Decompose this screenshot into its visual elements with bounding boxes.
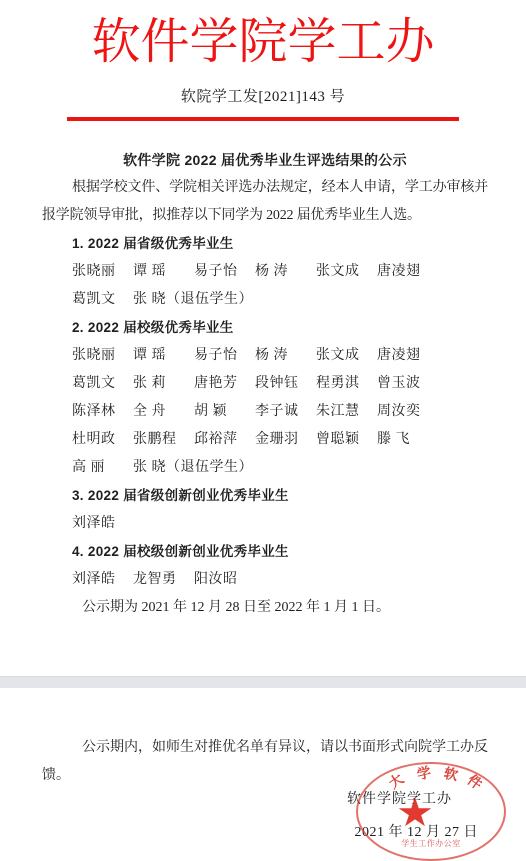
student-name: 段钟钰 <box>255 370 316 398</box>
publicity-period: 公示期为 2021 年 12 月 28 日至 2022 年 1 月 1 日。 <box>42 594 488 622</box>
student-name: 杨 涛 <box>255 342 316 370</box>
student-name: 高 丽 <box>72 454 133 482</box>
student-name: 滕 飞 <box>377 426 438 454</box>
student-name: 曾聪颖 <box>316 426 377 454</box>
notice-title: 软件学院 2022 届优秀毕业生评选结果的公示 <box>42 146 488 174</box>
student-name: 易子怡 <box>194 258 255 286</box>
name-row: 刘泽皓龙智勇阳汝昭 <box>42 566 488 594</box>
student-name: 唐艳芳 <box>194 370 255 398</box>
document-viewer: 软件学院学工办 软院学工发[2021]143 号 软件学院 2022 届优秀毕业… <box>0 0 526 861</box>
name-row: 葛凯文张 晓（退伍学生） <box>42 286 488 314</box>
student-name: 胡 颖 <box>194 398 255 426</box>
student-name: 全 舟 <box>133 398 194 426</box>
red-divider-rule <box>67 117 459 121</box>
student-name: 张文成 <box>316 342 377 370</box>
page-break-separator <box>0 676 526 688</box>
name-row: 杜明政张鹏程邱裕萍金珊羽曾聪颖滕 飞 <box>42 426 488 454</box>
student-name: 周汝奕 <box>377 398 438 426</box>
student-name: 曾玉波 <box>377 370 438 398</box>
student-name: 葛凯文 <box>72 370 133 398</box>
student-name: 谭 瑶 <box>133 258 194 286</box>
student-name: 程勇淇 <box>316 370 377 398</box>
student-name: 李子诚 <box>255 398 316 426</box>
student-name: 谭 瑶 <box>133 342 194 370</box>
student-name: 葛凯文 <box>72 286 133 314</box>
star-icon <box>398 797 432 829</box>
student-name: 张文成 <box>316 258 377 286</box>
student-name: 张晓丽 <box>72 258 133 286</box>
student-name: 张晓丽 <box>72 342 133 370</box>
name-row: 张晓丽谭 瑶易子怡杨 涛张文成唐凌翅 <box>42 258 488 286</box>
student-name: 刘泽皓 <box>72 566 133 594</box>
section-heading: 3. 2022 届省级创新创业优秀毕业生 <box>42 482 488 510</box>
name-row: 陈泽林全 舟胡 颖李子诚朱江慧周汝奕 <box>42 398 488 426</box>
official-seal: 大学软件 学生工作办公室 <box>356 762 506 861</box>
student-name: 唐凌翅 <box>377 258 438 286</box>
sections-container: 1. 2022 届省级优秀毕业生张晓丽谭 瑶易子怡杨 涛张文成唐凌翅葛凯文张 晓… <box>42 230 488 594</box>
student-name: 邱裕萍 <box>194 426 255 454</box>
section-heading: 4. 2022 届校级创新创业优秀毕业生 <box>42 538 488 566</box>
seal-arc-char: 软 <box>442 763 460 785</box>
seal-bottom-text: 学生工作办公室 <box>358 838 504 849</box>
student-name: 陈泽林 <box>72 398 133 426</box>
name-row: 高 丽张 晓（退伍学生） <box>42 454 488 482</box>
student-name: 龙智勇 <box>133 566 194 594</box>
student-name: 张 晓（退伍学生） <box>133 286 253 314</box>
student-name: 张 莉 <box>133 370 194 398</box>
name-row: 刘泽皓 <box>42 510 488 538</box>
student-name: 金珊羽 <box>255 426 316 454</box>
doc-number: 软院学工发[2021]143 号 <box>0 85 526 106</box>
student-name: 阳汝昭 <box>194 566 255 594</box>
name-row: 葛凯文张 莉唐艳芳段钟钰程勇淇曾玉波 <box>42 370 488 398</box>
student-name: 唐凌翅 <box>377 342 438 370</box>
section-heading: 2. 2022 届校级优秀毕业生 <box>42 314 488 342</box>
student-name: 刘泽皓 <box>72 510 133 538</box>
notice-body: 软件学院 2022 届优秀毕业生评选结果的公示 根据学校文件、学院相关评选办法规… <box>42 146 488 622</box>
student-name: 易子怡 <box>194 342 255 370</box>
student-name: 杨 涛 <box>255 258 316 286</box>
org-title: 软件学院学工办 <box>0 8 526 76</box>
intro-paragraph: 根据学校文件、学院相关评选办法规定，经本人申请，学工办审核并报学院领导审批，拟推… <box>42 174 488 230</box>
student-name: 朱江慧 <box>316 398 377 426</box>
seal-arc-char: 大 <box>384 769 407 793</box>
student-name: 张鹏程 <box>133 426 194 454</box>
name-row: 张晓丽谭 瑶易子怡杨 涛张文成唐凌翅 <box>42 342 488 370</box>
student-name: 杜明政 <box>72 426 133 454</box>
student-name: 张 晓（退伍学生） <box>133 454 253 482</box>
section-heading: 1. 2022 届省级优秀毕业生 <box>42 230 488 258</box>
seal-arc-char: 学 <box>415 762 433 785</box>
